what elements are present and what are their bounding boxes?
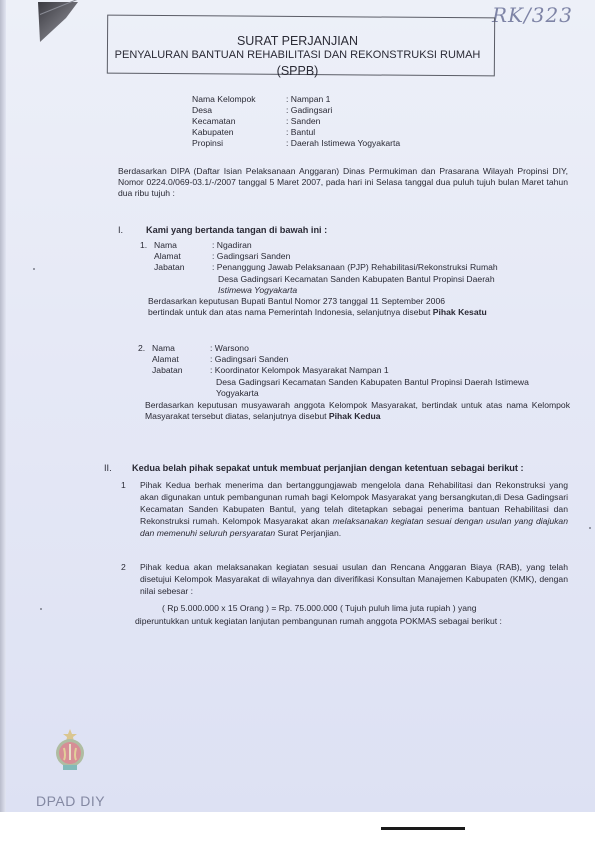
party-position-cont: Yogyakarta (210, 388, 546, 399)
info-value: : Gadingsari (286, 105, 332, 116)
party-address: : Gadingsari Sanden (210, 354, 540, 365)
info-value: : Daerah Istimewa Yogyakarta (286, 138, 400, 149)
handwritten-annotation: RK/323 (492, 3, 573, 27)
group-info: Nama Kelompok: Nampan 1 Desa: Gadingsari… (192, 94, 400, 149)
party-position: : Penanggung Jawab Pelaksanaan (PJP) Reh… (212, 262, 542, 273)
agreement-item-1: 1 Pihak Kedua berhak menerima dan bertan… (140, 479, 568, 539)
info-label: Nama Kelompok (192, 94, 286, 105)
field-label: Alamat (154, 251, 212, 262)
party-name: : Warsono (210, 343, 540, 354)
info-value: : Sanden (286, 116, 320, 127)
agreement-item-2: 2 Pihak kedua akan melaksanakan kegiatan… (140, 561, 568, 597)
scan-speck (589, 527, 591, 529)
scanner-watermark-bar (381, 827, 465, 830)
info-label: Kabupaten (192, 127, 286, 138)
coat-of-arms-icon (52, 728, 88, 774)
info-label: Propinsi (192, 138, 286, 149)
item-number: 1 (121, 479, 126, 491)
party-2: 2.Nama: Warsono Alamat: Gadingsari Sande… (138, 343, 576, 399)
amount-formula: ( Rp 5.000.000 x 15 Orang ) = Rp. 75.000… (162, 603, 477, 613)
party-index: 2. (138, 343, 152, 354)
amount-purpose: diperuntukkan untuk kegiatan lanjutan pe… (135, 616, 502, 626)
party-designation: Pihak Kesatu (433, 307, 487, 317)
section-number: II. (104, 463, 132, 473)
stamp-text: DPAD DIY (36, 793, 105, 809)
section-number: I. (118, 225, 146, 235)
document-abbreviation: (SPPB) (0, 64, 595, 78)
info-row: Kecamatan: Sanden (192, 116, 400, 127)
party-name: : Ngadiran (212, 240, 542, 251)
section-heading-text: Kedua belah pihak sepakat untuk membuat … (132, 463, 524, 473)
field-label: Nama (154, 240, 212, 251)
party-designation: Pihak Kedua (329, 411, 381, 421)
info-value: : Bantul (286, 127, 315, 138)
item-text: Pihak kedua akan melaksanakan kegiatan s… (140, 562, 568, 596)
party-index: 1. (140, 240, 154, 251)
party-basis: bertindak untuk dan atas nama Pemerintah… (148, 307, 433, 317)
info-value: : Nampan 1 (286, 94, 330, 105)
party-address: : Gadingsari Sanden (212, 251, 542, 262)
item-number: 2 (121, 561, 126, 573)
page-edge-shadow (0, 0, 6, 812)
intro-paragraph: Berdasarkan DIPA (Daftar Isian Pelaksana… (118, 166, 568, 200)
party-1: 1.Nama: Ngadiran Alamat: Gadingsari Sand… (140, 240, 548, 296)
party-position-cont: Desa Gadingsari Kecamatan Sanden Kabupat… (210, 377, 576, 388)
document-title: SURAT PERJANJIAN (0, 34, 595, 48)
document-subtitle: PENYALURAN BANTUAN REHABILITASI DAN REKO… (0, 49, 595, 61)
section-heading-text: Kami yang bertanda tangan di bawah ini : (146, 225, 327, 235)
field-label: Jabatan (152, 365, 210, 376)
party-basis: Berdasarkan keputusan Bupati Bantul Nomo… (148, 296, 588, 307)
party-1-basis: Berdasarkan keputusan Bupati Bantul Nomo… (148, 296, 588, 318)
info-row: Nama Kelompok: Nampan 1 (192, 94, 400, 105)
info-label: Kecamatan (192, 116, 286, 127)
section-2-heading: II.Kedua belah pihak sepakat untuk membu… (104, 463, 524, 473)
party-position-cont: Istimewa Yogyakarta (212, 285, 548, 296)
party-position: : Koordinator Kelompok Masyarakat Nampan… (210, 365, 540, 376)
scan-speck (40, 608, 42, 610)
info-row: Kabupaten: Bantul (192, 127, 400, 138)
section-1-heading: I.Kami yang bertanda tangan di bawah ini… (118, 225, 327, 235)
field-label: Nama (152, 343, 210, 354)
info-row: Propinsi: Daerah Istimewa Yogyakarta (192, 138, 400, 149)
party-2-basis: Berdasarkan keputusan musyawarah anggota… (145, 400, 570, 422)
scanned-page: RK/323 SURAT PERJANJIAN PENYALURAN BANTU… (0, 0, 595, 812)
item-text: Surat Perjanjian. (275, 528, 341, 538)
party-position-cont: Desa Gadingsari Kecamatan Sanden Kabupat… (212, 274, 548, 285)
info-row: Desa: Gadingsari (192, 105, 400, 116)
field-label: Jabatan (154, 262, 212, 273)
info-label: Desa (192, 105, 286, 116)
field-label: Alamat (152, 354, 210, 365)
scan-speck (33, 268, 35, 270)
